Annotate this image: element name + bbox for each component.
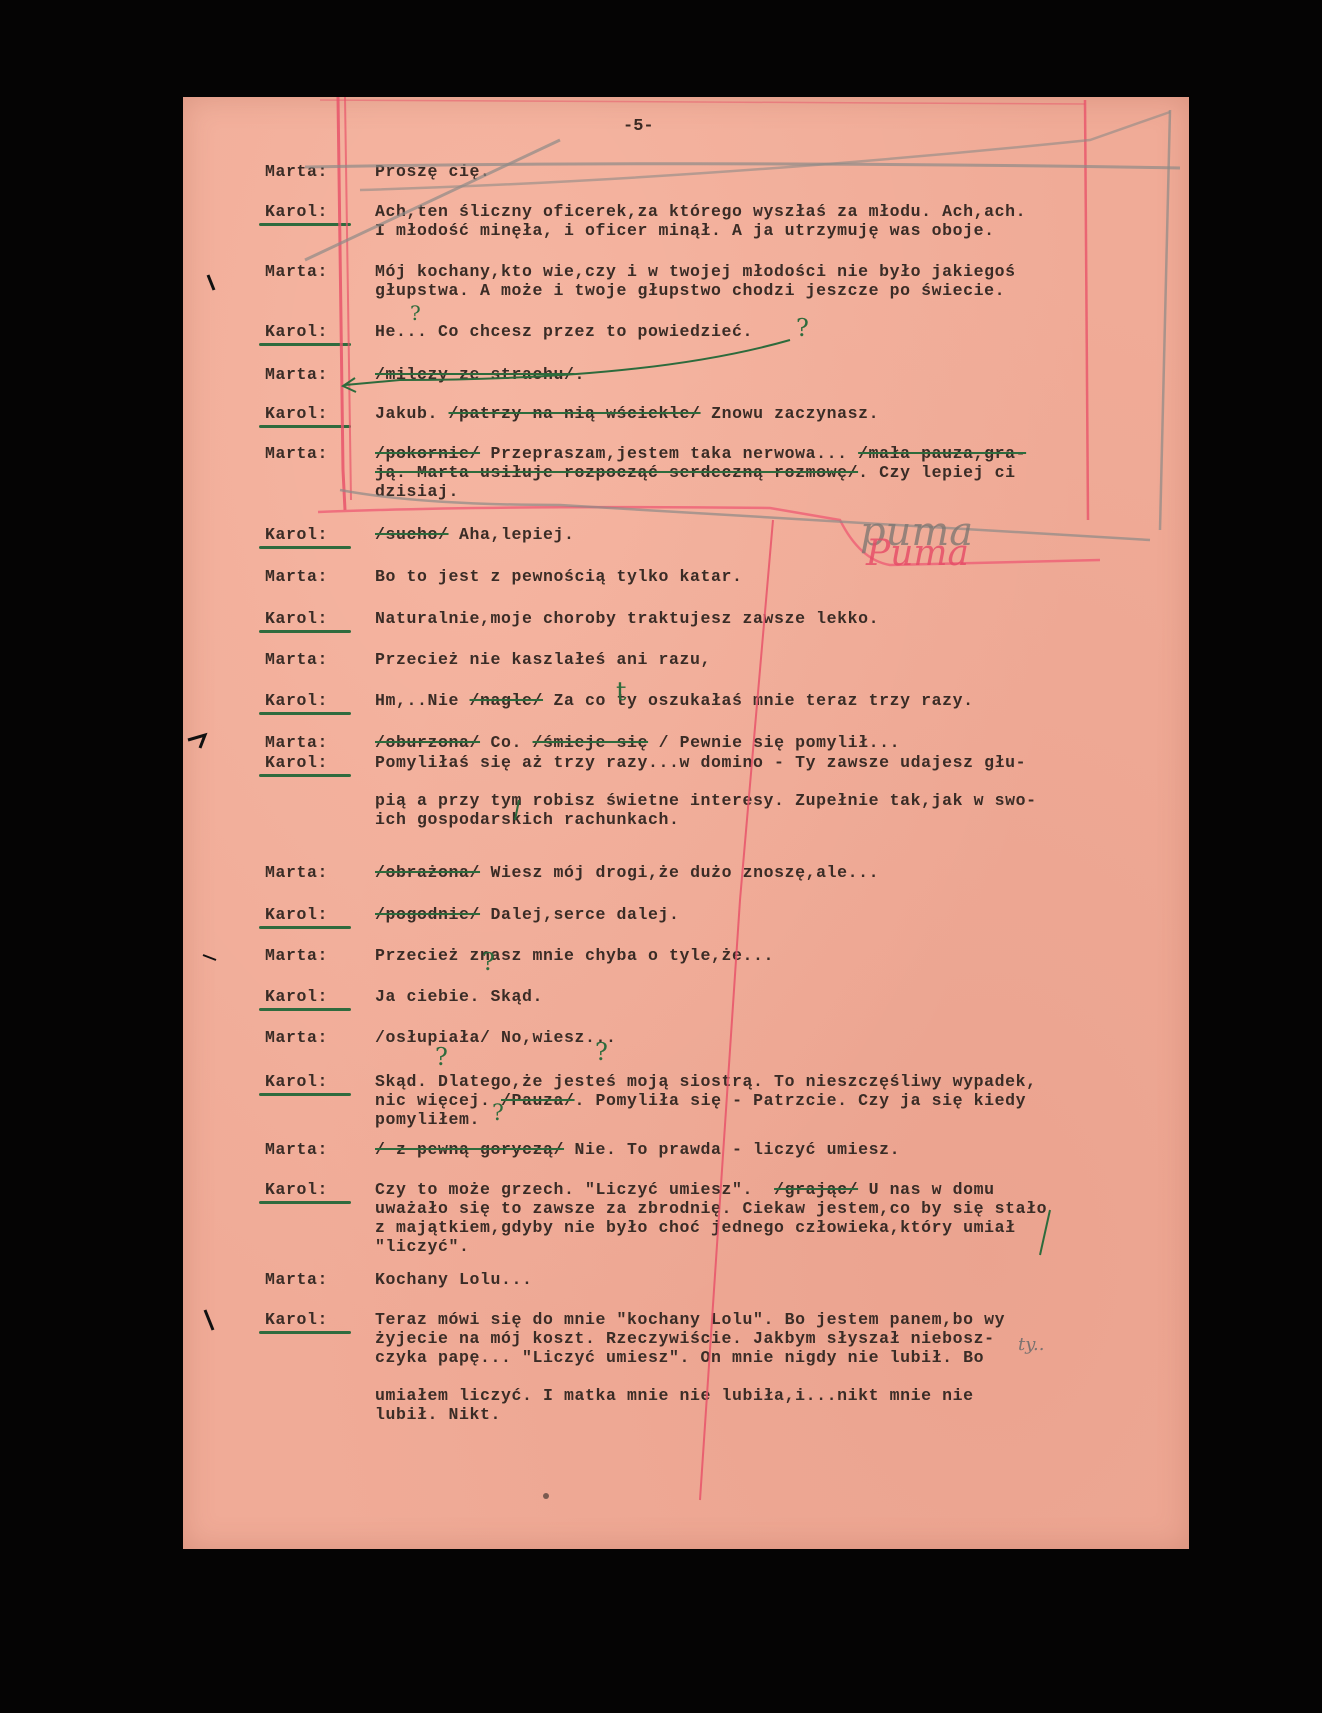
speaker-name: Karol:	[265, 404, 350, 423]
speech-text: /obrażona/ Wiesz mój drogi,że dużo znosz…	[375, 863, 1175, 882]
text-segment: Mój kochany,kto wie,czy i w twojej młodo…	[375, 262, 1016, 300]
speaker-name: Marta:	[265, 1028, 350, 1047]
speech-text: Naturalnie,moje choroby traktujesz zawsz…	[375, 609, 1175, 628]
text-segment: Ja ciebie. Skąd.	[375, 987, 543, 1006]
speaker-name: Karol:	[265, 202, 350, 221]
speech-text: Czy to może grzech. "Liczyć umiesz". /gr…	[375, 1180, 1175, 1256]
speaker-name: Marta:	[265, 262, 350, 281]
text-segment: Co.	[480, 733, 533, 752]
struck-stage-direction: /sucho/	[375, 525, 449, 544]
speech-text: Przecież znasz mnie chyba o tyle,że...	[375, 946, 1175, 965]
speaker-name: Marta:	[265, 1140, 350, 1159]
speech-text: /milczy ze strachu/.	[375, 365, 1175, 384]
text-segment: / Pewnie się pomylił...	[648, 733, 900, 752]
text-segment: He... Co chcesz przez to powiedzieć.	[375, 322, 753, 341]
text-segment: Wiesz mój drogi,że dużo znoszę,ale...	[480, 863, 879, 882]
speech-text: Ja ciebie. Skąd.	[375, 987, 1175, 1006]
speech-text: Skąd. Dlatego,że jesteś moją siostrą. To…	[375, 1072, 1175, 1129]
text-segment: Naturalnie,moje choroby traktujesz zawsz…	[375, 609, 879, 628]
speaker-name: Marta:	[265, 162, 350, 181]
speaker-name: Marta:	[265, 567, 350, 586]
text-segment: /osłupiała/ No,wiesz...	[375, 1028, 617, 1047]
struck-stage-direction: /grając/	[774, 1180, 858, 1199]
text-segment: Hm,..Nie	[375, 691, 470, 710]
speech-text: Bo to jest z pewnością tylko katar.	[375, 567, 1175, 586]
struck-stage-direction: /milczy ze strachu/	[375, 365, 575, 384]
speaker-underline	[259, 425, 351, 428]
text-segment: Aha,lepiej.	[449, 525, 575, 544]
speaker-underline	[259, 546, 351, 549]
speech-text: / z pewną goryczą/ Nie. To prawda - licz…	[375, 1140, 1175, 1159]
text-segment: Proszę cię.	[375, 162, 491, 181]
text-segment: Nie. To prawda - liczyć umiesz.	[564, 1140, 900, 1159]
speaker-name: Karol:	[265, 905, 350, 924]
text-segment: Kochany Lolu...	[375, 1270, 533, 1289]
speech-text: /pokornie/ Przepraszam,jestem taka nerwo…	[375, 444, 1175, 501]
struck-stage-direction: /oburzona/	[375, 733, 480, 752]
speaker-name: Marta:	[265, 733, 350, 752]
struck-stage-direction: /pogodnie/	[375, 905, 480, 924]
speech-text: /oburzona/ Co. /śmieje się / Pewnie się …	[375, 733, 1175, 752]
speaker-name: Marta:	[265, 365, 350, 384]
speech-text: Kochany Lolu...	[375, 1270, 1175, 1289]
speaker-underline	[259, 630, 351, 633]
struck-stage-direction: /obrażona/	[375, 863, 480, 882]
speaker-name: Marta:	[265, 444, 350, 463]
speaker-name: Karol:	[265, 1310, 350, 1329]
struck-stage-direction: / z pewną goryczą/	[375, 1140, 564, 1159]
struck-stage-direction: /patrzy na nią wściekle/	[449, 404, 701, 423]
speech-text: Teraz mówi się do mnie "kochany Lolu". B…	[375, 1310, 1175, 1424]
speaker-name: Karol:	[265, 609, 350, 628]
speech-text: /osłupiała/ No,wiesz...	[375, 1028, 1175, 1047]
speaker-name: Karol:	[265, 525, 350, 544]
speaker-underline	[259, 223, 351, 226]
speech-text: Ach,ten śliczny oficerek,za którego wysz…	[375, 202, 1175, 240]
speech-text: Pomyliłaś się aż trzy razy...w domino - …	[375, 753, 1175, 829]
struck-stage-direction: /śmieje się	[533, 733, 649, 752]
speech-text: Mój kochany,kto wie,czy i w twojej młodo…	[375, 262, 1175, 300]
text-segment: Jakub.	[375, 404, 449, 423]
text-segment: Przecież nie kaszlałeś ani razu,	[375, 650, 711, 669]
text-segment: Znowu zaczynasz.	[701, 404, 880, 423]
speaker-underline	[259, 712, 351, 715]
speaker-underline	[259, 926, 351, 929]
struck-stage-direction: /Pauza/	[501, 1091, 575, 1110]
speech-text: Proszę cię.	[375, 162, 1175, 181]
text-segment: Przepraszam,jestem taka nerwowa...	[480, 444, 858, 463]
speech-text: Przecież nie kaszlałeś ani razu,	[375, 650, 1175, 669]
speaker-underline	[259, 343, 351, 346]
speaker-name: Karol:	[265, 987, 350, 1006]
speaker-underline	[259, 1201, 351, 1204]
speaker-underline	[259, 1093, 351, 1096]
typescript-page: -5- Marta:Proszę cię.Karol:Ach,ten ślicz…	[183, 97, 1189, 1549]
speaker-name: Marta:	[265, 650, 350, 669]
text-segment: Dalej,serce dalej.	[480, 905, 680, 924]
text-segment: Bo to jest z pewnością tylko katar.	[375, 567, 743, 586]
page-number: -5-	[623, 117, 654, 136]
speaker-name: Karol:	[265, 1072, 350, 1091]
struck-stage-direction: /nagle/	[470, 691, 544, 710]
struck-stage-direction: /pokornie/	[375, 444, 480, 463]
speech-text: /sucho/ Aha,lepiej.	[375, 525, 1175, 544]
speaker-name: Karol:	[265, 753, 350, 772]
speech-text: /pogodnie/ Dalej,serce dalej.	[375, 905, 1175, 924]
speaker-name: Karol:	[265, 322, 350, 341]
text-segment: Teraz mówi się do mnie "kochany Lolu". B…	[375, 1310, 1005, 1424]
speaker-underline	[259, 1331, 351, 1334]
text-segment: Ach,ten śliczny oficerek,za którego wysz…	[375, 202, 1026, 240]
speech-text: Hm,..Nie /nagle/ Za co ty oszukałaś mnie…	[375, 691, 1175, 710]
text-segment: Przecież znasz mnie chyba o tyle,że...	[375, 946, 774, 965]
text-segment: Za co ty oszukałaś mnie teraz trzy razy.	[543, 691, 974, 710]
speaker-name: Marta:	[265, 1270, 350, 1289]
speaker-name: Marta:	[265, 863, 350, 882]
speaker-underline	[259, 1008, 351, 1011]
text-segment: Czy to może grzech. "Liczyć umiesz".	[375, 1180, 774, 1199]
text-segment: Pomyliłaś się aż trzy razy...w domino - …	[375, 753, 1037, 829]
speaker-name: Karol:	[265, 1180, 350, 1199]
speech-text: Jakub. /patrzy na nią wściekle/ Znowu za…	[375, 404, 1175, 423]
text-segment: .	[575, 365, 586, 384]
speaker-underline	[259, 774, 351, 777]
speaker-name: Marta:	[265, 946, 350, 965]
speaker-name: Karol:	[265, 691, 350, 710]
speech-text: He... Co chcesz przez to powiedzieć.	[375, 322, 1175, 341]
